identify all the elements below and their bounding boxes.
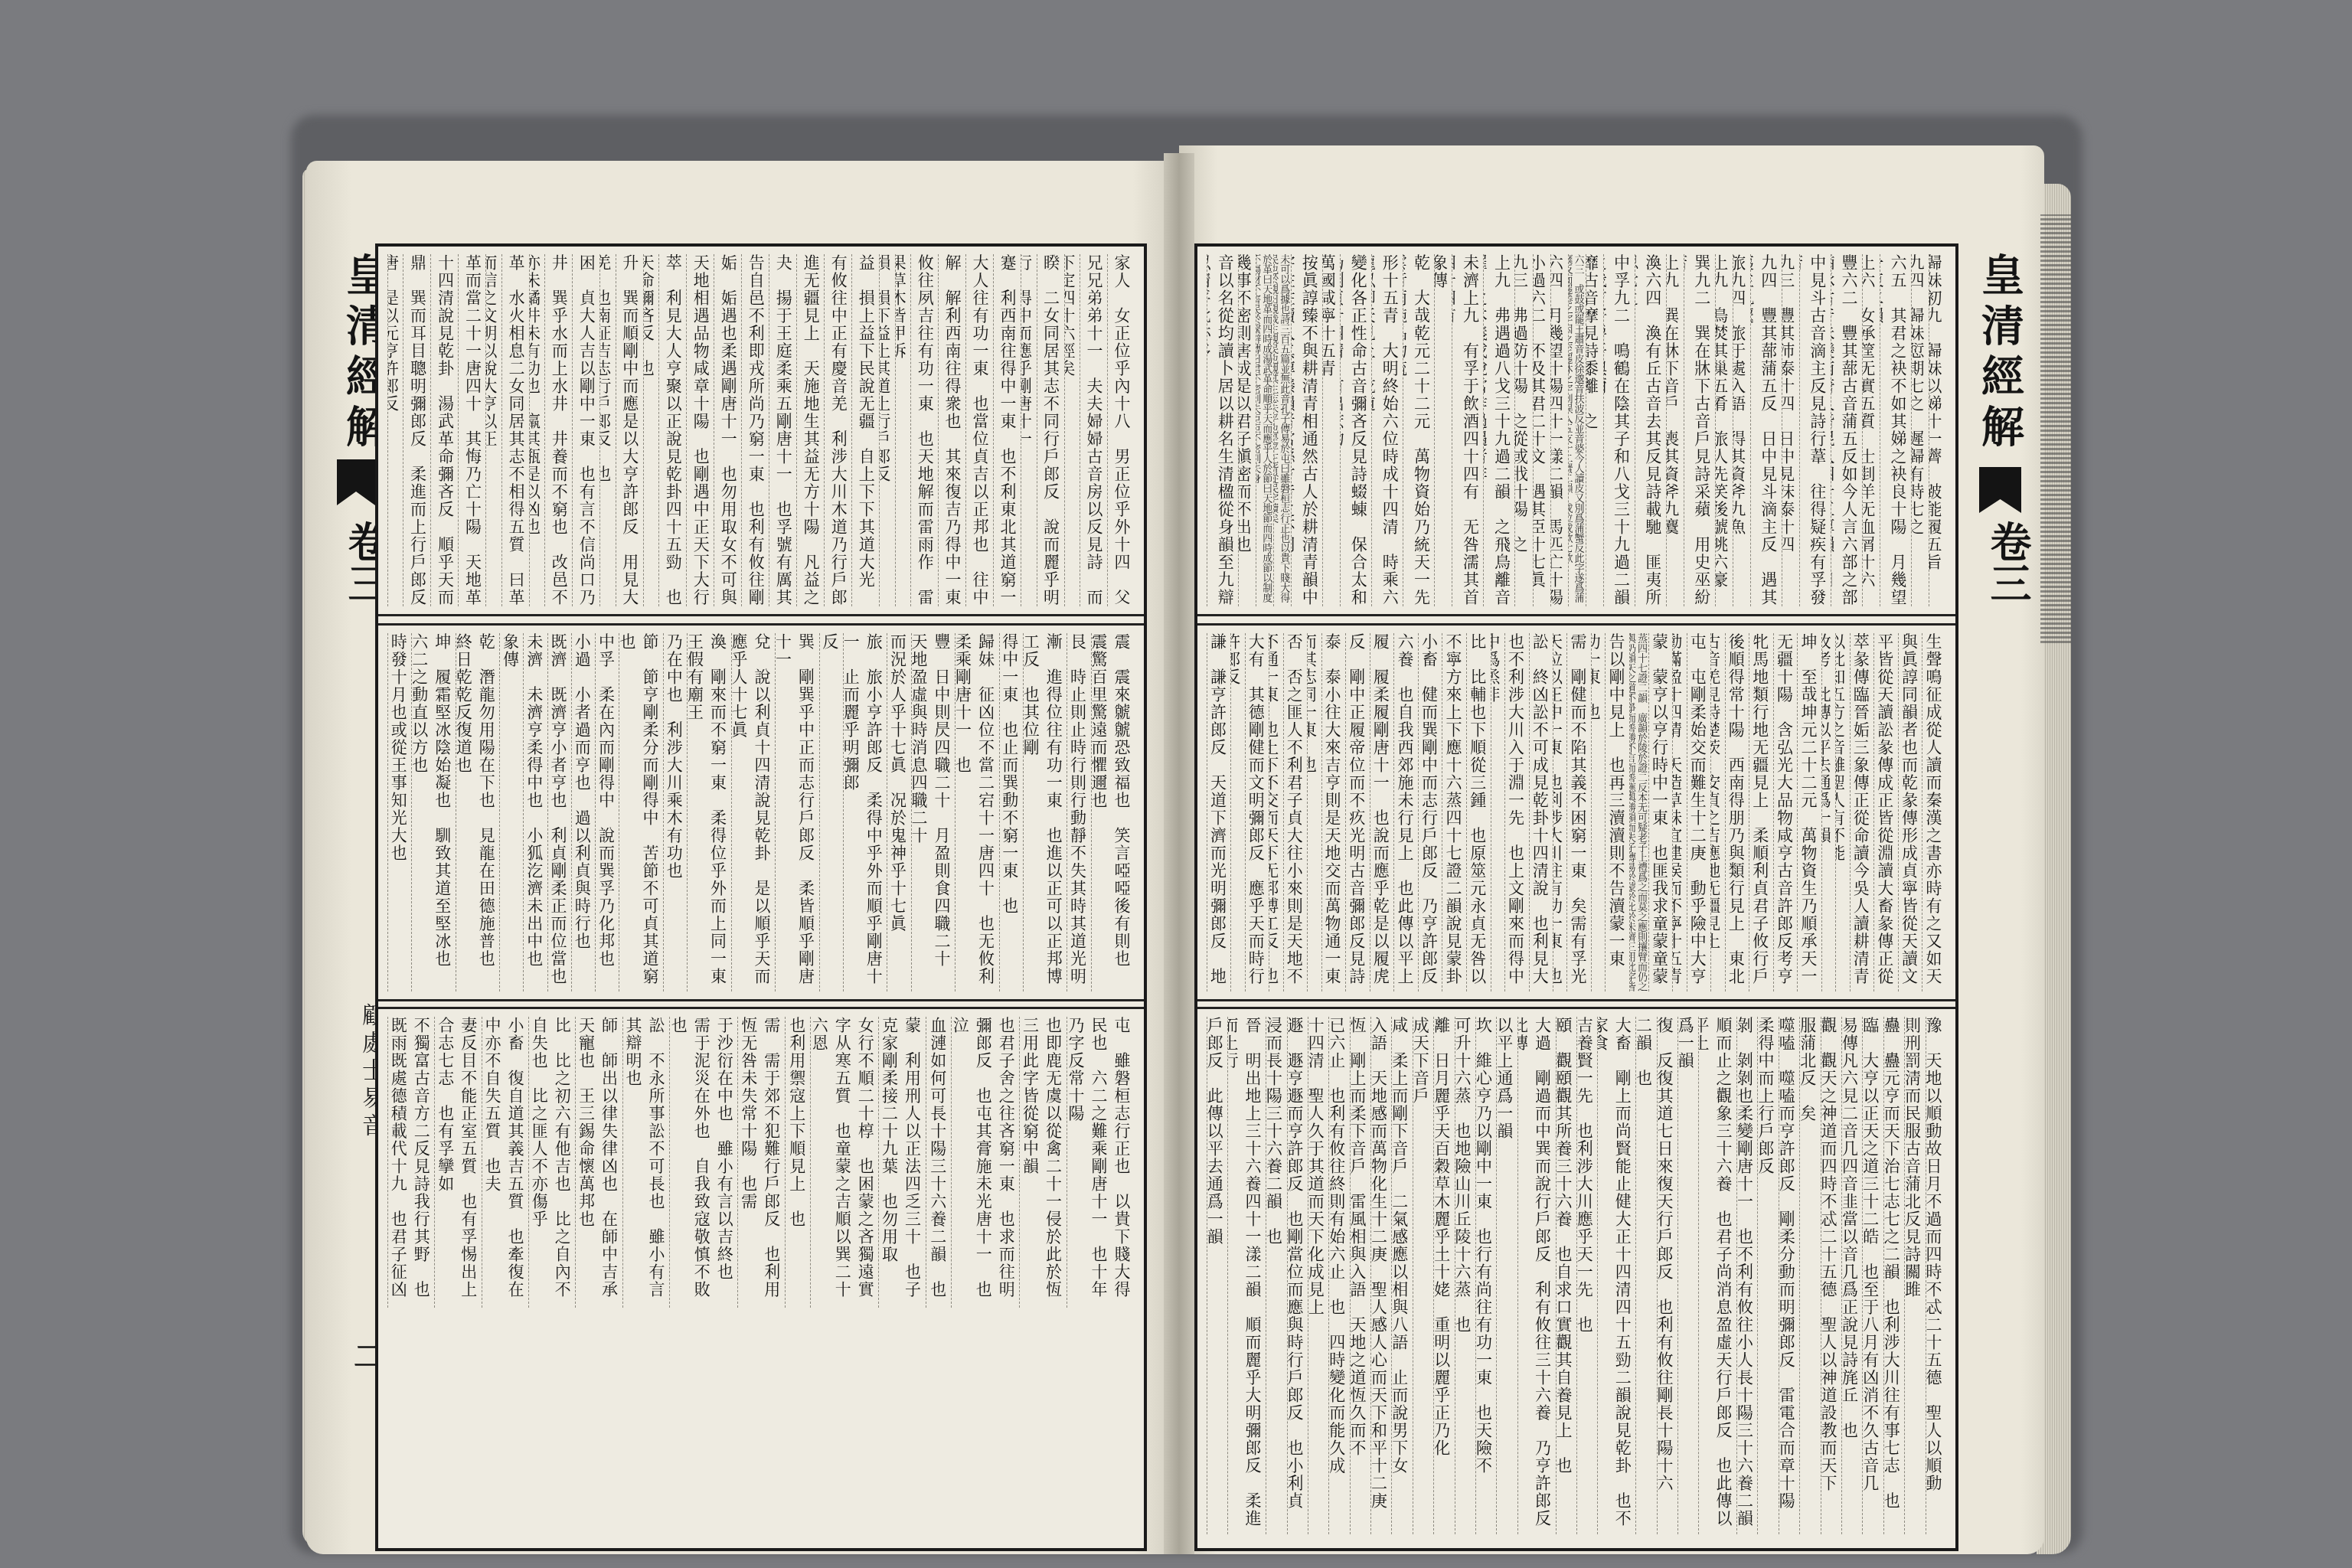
text-column: 比 比輔也下順從三鍾 也原筮元永貞无咎以剛中一東 也 xyxy=(1466,633,1491,991)
text-column: 晉 明出地上三十六養四十一漾二韻 順而麗乎大明彌郎反 柔進而上行 xyxy=(1227,1017,1266,1534)
text-column: 大人往有功一東 也當位貞吉以正邦也 往中正有慶 xyxy=(965,254,993,606)
text-column: 乾 大哉乾元二十二元 萬物資始乃統天一先 雲行雨施品物流 xyxy=(1403,254,1434,606)
text-column: 離 日月麗乎天百穀草木麗乎土十姥 重明以麗乎正乃化 xyxy=(1433,1017,1454,1534)
text-column: 萬國咸寧十五青 xyxy=(1322,254,1340,606)
text-column: 節 節亨剛柔分而剛得中 苦節不可貞其道窮也 xyxy=(619,633,662,991)
right-bottom-band: 豫 天地以順動故日月不過而四時不忒二十五德 聖人以順動則刑罰淸而民服古音蒲北反見… xyxy=(1197,1007,1955,1542)
text-column: 不寧方來上下應十六蒸四十七證二韻說見蒙卦 也後夫凶其道窮一東 也 xyxy=(1442,633,1466,991)
text-column: 渙 剛來而不窮一東 柔得位乎外而上同一東 王假有廟王 xyxy=(687,633,730,991)
text-column: 二韻 也 xyxy=(1635,1017,1656,1534)
left-middle-band: 震 震來虩虩恐致福也 笑言啞啞後有則也 震驚百里驚遠而懼邇也艮 時止則止時行則行… xyxy=(378,623,1144,1001)
text-column: 也利用禦寇上下順見上 也 xyxy=(785,1017,810,1308)
text-column: 進无疆見上 天施地生其益无方十陽 凡益之道與時偕行見上 xyxy=(796,254,824,606)
text-column: 幾事不密則害成是以君子愼密而不出也 xyxy=(1238,254,1256,606)
text-column: 乾 潛龍勿用陽在下也 見龍在田德施普也 終日乾乾反復道也 xyxy=(456,633,499,991)
text-column: 蒸四十七證二韻 廣韻於陵於證二反本无可疑老子上禮爲之而莫之應則攘臂而仍之與仍韻天… xyxy=(1629,633,1648,991)
text-column: 反 xyxy=(819,633,843,991)
text-column: 唐 是以元亨許郎反 xyxy=(387,254,403,606)
text-column: 巽九二 巽在牀下古音戶見詩采蘋 用史巫紛若 xyxy=(1684,254,1715,606)
text-column: 象傳 xyxy=(1434,254,1452,606)
text-column: 乃在中也 利涉大川乘木有功也 xyxy=(663,633,687,991)
text-column: 中見斗古音滴主反見詩行葦 往得疑疾有孚發若 xyxy=(1799,254,1831,606)
text-column: 豐六二 豐其蔀古音蒲五反如今人言六部之部猶承古音未變而唐人皆混入四十五厚韻 日 xyxy=(1831,254,1862,606)
left-text-frame: 家人 女正位乎內十八 男正位乎外十四 父父子子六止兄兄弟弟十一 夫夫婦婦古音房以… xyxy=(375,243,1147,1551)
text-column: 遯 遯亨遯而亨許郎反 也剛當位而應與時行戶郎反 也小利貞 xyxy=(1287,1017,1308,1534)
text-column: 革 水火相息二女同居其志不相得五質 曰革 已日革 xyxy=(501,254,529,606)
text-column: 生聲鳴征成從人讀而秦漢之書亦時有之又如天淵二字古 xyxy=(1922,633,1946,991)
text-column: 六五 其君之袂不如其娣之袂良十陽 月幾望一東二韻 xyxy=(1880,254,1911,606)
text-column: 女行不順二十椁 也困蒙之吝獨遠實字从寒五質 也童蒙之吉順以巽二十六恩 xyxy=(810,1017,878,1308)
right-text-frame: 歸妹初九 歸妹以娣十一薺 跛能履五旨九四 歸妹愆期七之 遲歸有時七之六五 其君之… xyxy=(1194,243,1958,1551)
text-column: 後順得常十陽 西南得朋乃與類行見上 東北喪朋乃終有慶 xyxy=(1725,633,1749,991)
text-column: 巽 剛巽乎中正而志行戶郎反 柔皆順乎剛唐十一 xyxy=(775,633,818,991)
text-column: 履 履柔履剛唐十一 也說而應乎乾是以履虎尾不咥人亨許郎 xyxy=(1370,633,1394,991)
text-column: 六養 也自我西郊施未行見上 也此傳以平上通爲一韻 xyxy=(1393,633,1418,991)
text-column: 十四清說見乾卦 湯武革命彌吝反 順乎天而應乎人十七眞 此傳以 xyxy=(430,254,458,606)
text-column: 豫 天地以順動故日月不過而四時不忒二十五德 聖人以順動 xyxy=(1926,1017,1946,1534)
text-column: 十四清 聖人久于其道而天下化成見上 xyxy=(1308,1017,1328,1534)
text-column: 中爲烝非 xyxy=(1491,633,1504,991)
text-column: 九四 歸妹愆期七之 遲歸有時七之 xyxy=(1911,254,1929,606)
text-column: 兌 說以利貞十四清說見乾卦 是以順乎天而應乎人十七眞 xyxy=(731,633,775,991)
text-column: 順而止之觀象三十六養 也君子尚消息盈虛天行戶郎反 也此傳以平上 xyxy=(1698,1017,1736,1534)
text-column: 形十五青 大明終始六位時成十四清 時乘六龍以御天見上 乾道 xyxy=(1371,254,1403,606)
text-column: 萃彖傳臨晉姤三象傳正從命讀今吳人讀耕清青皆作眞音 xyxy=(1850,633,1874,991)
text-column: 得中一東 也止而巽動不窮一東 也 xyxy=(999,633,1023,991)
text-column: 益 損上益下民說无疆 自上下下其道大光 利 xyxy=(851,254,879,606)
text-column: 小畜 健而巽剛中而志行戶郎反 乃亨許郎反 密雲不雨尚往十三 xyxy=(1418,633,1442,991)
text-column: 於革曰天地革而四時成湯武革命順乎天而應乎人於節曰天地節而四時成節以制度不傷財不害… xyxy=(1256,254,1273,606)
text-column: 入語 天地感而萬物化生十二庚 聖人感人心而天下和平十二庚 xyxy=(1370,1017,1391,1534)
text-column: 成天下音戶 xyxy=(1413,1017,1433,1534)
text-column: 泰 泰小往大來吉亨則是天地交而萬物通一東 也上下交 xyxy=(1321,633,1346,991)
text-column: 不獨富古音方二反見詩我行其野 也既雨既處德積載代十九 也君子征凶 xyxy=(387,1017,434,1308)
text-column: 損 損下益上其道上行戶郎反 xyxy=(879,254,894,606)
text-column: 果草木皆甲坼 xyxy=(895,254,910,606)
text-column: 也不利涉大川入于淵一先 也上文剛來而得中句不入韻吳棫韻補引劉攽云闕中以 xyxy=(1504,633,1529,991)
text-column: 動滿盈十四清 天造草昧宜建侯而不寧十五青 xyxy=(1672,633,1686,991)
text-column: 也君子舍之往吝窮一東 也求而往明彌郎反 也屯其膏施未光唐十一 也泣 xyxy=(951,1017,1019,1308)
text-column: 訟 不永所事訟不可長也 雖小有言其辯明也 xyxy=(622,1017,669,1308)
book-title-right: 皇清經解 xyxy=(1969,253,2030,455)
text-column: 而信之文明以說大亨以正 xyxy=(485,254,501,606)
text-column: 易傳凡六見二音几四音韭當以音几爲正說見詩旄丘 也 xyxy=(1841,1017,1862,1534)
text-column: 比 比之初六有他吉也 比之自內不自失也 比之匪人不亦傷乎 xyxy=(528,1017,575,1308)
text-column: 剝 剝剝也柔變剛唐十一 也不利有攸往小人長十陽三十六養二韻 xyxy=(1736,1017,1757,1534)
text-column: 謙 謙亨許郎反 天道下濟而光明彌郎反 地道卑而上行戶郎反 xyxy=(1207,633,1231,991)
text-column: 改考 此傳以平去通爲一韻 xyxy=(1821,633,1835,991)
text-column: 而況於人乎十七眞 况於鬼神乎十七眞 xyxy=(887,633,910,991)
text-column: 蒙 利用刑人以正法四乏三十 也子克家剛柔接二十九葉 也勿用取 xyxy=(878,1017,925,1308)
text-column: 平皆從天讀訟彖傳成正皆從淵讀大畜彖傳正從賢天讀又 xyxy=(1873,633,1898,991)
text-column: 坤 至哉坤元二十二元 萬物資生乃順承天一先 坤厚載物德合 xyxy=(1797,633,1821,991)
text-column: 而其志同一東 也 xyxy=(1307,633,1321,991)
text-column: 許郎反 xyxy=(1230,633,1244,991)
text-column: 下定四十六徑矣 xyxy=(1064,254,1080,606)
text-column: 頤 觀頤觀其所養三十六養 也自求口實觀其自養見上 也 xyxy=(1556,1017,1576,1534)
text-column: 未濟 未濟亨柔得中也 小狐汔濟未出中也 xyxy=(523,633,547,991)
text-column: 豐 日中則昃四職二十 月盈則食四職二十 天地盈虛與時消息四職二十 xyxy=(911,633,955,991)
text-column: 屯 屯剛柔始交而難生十二庚 動乎險中大亨貞十四清 雷雨之 xyxy=(1687,633,1711,991)
text-column: 咸 柔上而剛下音戶 二氣感應以相與八語 止而說男下女 xyxy=(1391,1017,1412,1534)
text-column: 變化各正性命古音彌吝反見詩蝃蝀 保合太和乃利貞十四清 首出庶物 xyxy=(1340,254,1371,606)
text-column: 九四 豐其蔀蒲五反 日中見斗滴主反 遇其夷主九麌 xyxy=(1750,254,1782,606)
text-column: 震 震來虩虩恐致福也 笑言啞啞後有則也 震驚百里驚遠而懼邇也 xyxy=(1091,633,1135,991)
text-column: 小畜 復自道其義吉五質 也牽復在中亦不自失五質 也夫 xyxy=(482,1017,528,1308)
text-column: 浸而長十陽三十六養二韻 也 xyxy=(1266,1017,1286,1534)
text-column: 時發十月也或從王事知光大也 xyxy=(387,633,411,991)
text-column: 家人 女正位乎內十八 男正位乎外十四 父父子子六止 xyxy=(1107,254,1135,606)
text-column: 攸往夙吉往有功一東 也天地解而雷雨作 雷雨作而百 xyxy=(910,254,938,606)
text-column: 大過 剛過而中巽而說行戶郎反 利有攸往三十六養 乃亨許郎反 此傳 xyxy=(1517,1017,1556,1534)
left-bottom-band: 屯 雖磐桓志行正也 以貴下賤大得民也 六二之難乘剛唐十一 也十年乃字反常十陽也即… xyxy=(378,1007,1144,1315)
text-column: 告以剛中見上 也再三瀆瀆則不告瀆蒙一東 也蒙以養正聖 xyxy=(1605,633,1629,991)
text-column: 姤 姤遇也柔遇剛唐十一 也勿用取女不可與長六養十陽三十二韻 也 xyxy=(714,254,741,606)
text-column: 否 否之匪人不利君子貞大往小來則是天地不交而萬物 xyxy=(1283,633,1308,991)
text-column: 大畜 剛上而尚賢能止健大正十四清四十五勁二韻說見乾卦 也不家食 xyxy=(1597,1017,1635,1534)
text-column: 已六止 也利有攸往終則有始六止 也 四時變化而能久成 xyxy=(1328,1017,1349,1534)
bleed-through-ink xyxy=(2040,214,2071,643)
text-column: 小過 小者過而亨也 過以利貞與時行也 xyxy=(571,633,595,991)
right-top-band: 歸妹初九 歸妹以娣十一薺 跛能履五旨九四 歸妹愆期七之 遲歸有時七之六五 其君之… xyxy=(1197,247,1955,616)
text-column: 坤 履霜堅冰陰始凝也 馴致其道至堅冰也 六二之動直以方也 xyxy=(411,633,455,991)
text-column: 象傳 xyxy=(499,633,523,991)
text-column: 臨 大亨以正天之道三十二皓 也至于八月有凶消不久古音几 xyxy=(1862,1017,1883,1534)
text-column: 于沙衍在中也 雖小有言以吉終也 需于泥災在外也 自我致寇敬慎不敗也 xyxy=(669,1017,737,1308)
text-column: 反 剛中正履帝位而不疚光明古音彌郎反見詩雞鳴 也 xyxy=(1345,633,1370,991)
text-column: 天地相遇品物咸章十陽 也剛遇中正天下大行戶郎反 也 xyxy=(686,254,714,606)
text-column: 牝馬地類行地无疆見上 柔順利貞君子攸行戶郎反 先迷失道 xyxy=(1749,633,1773,991)
text-column: 戶郎反 此傳以平去通爲一韻 xyxy=(1207,1017,1227,1534)
text-column: 蹇 利西南往得中一東 也不利東北其道窮一東 也利見 xyxy=(993,254,1021,606)
text-column: 中孚 柔在內而剛得中 說而巽孚乃化邦也 xyxy=(595,633,619,991)
text-column: 則刑罰淸而民服古音蒲北反見詩關雎 xyxy=(1904,1017,1925,1534)
text-column: 旅 旅小亨許郎反 柔得中乎外而順乎剛唐十一 止而麗乎明彌郎 xyxy=(843,633,887,991)
text-column: 告自邑不利即戎所尚乃窮一東 也利有攸往剛長乃終一東 也 xyxy=(741,254,769,606)
text-column: 上九 弗遇過八戈三十九過二韻 之飛鳥離音羅 之本義或說當作過遇者非 xyxy=(1483,254,1514,606)
text-column: 歸妹初九 歸妹以娣十一薺 跛能履五旨 xyxy=(1929,254,1946,606)
text-column: 服蒲北反 矣 xyxy=(1799,1017,1820,1534)
text-column: 六四 月幾望十陽四十一漾二韻 馬匹亡十陽 xyxy=(1550,254,1568,606)
text-column: 上九 鳥焚其巢五肴 旅人先笑後號咷六豪 xyxy=(1715,254,1733,606)
text-column: 中孚九二 鳴鶴在陰其子和八戈三十九過二韻 之我有好爵吾與爾 xyxy=(1603,254,1635,606)
text-column: 復 反復其道七日來復天行戶郎反 也利有攸往剛長十陽十六 xyxy=(1657,1017,1677,1534)
text-column: 六三 或鼓或罷王肅音皮徐邈音扶波反並音婆今人讀皮又別爲蒲蟹反此字遂爲蒲糜反而罷倦… xyxy=(1568,254,1586,606)
text-column: 按眞諄臻不與耕清青相通然古人於耕清青韻中字往往讀入眞諄臻韻者當繇方音之不同 xyxy=(1291,254,1322,606)
volume-label-right: 卷三 xyxy=(1979,521,2038,603)
text-column: 困 貞大人吉以剛中一東 也有言不信尚口乃窮一東 也 xyxy=(572,254,599,606)
text-column: 天命彌吝反 也 xyxy=(643,254,658,606)
text-column: 蠱 蠱元亨而天下治七志七之二韻 也利涉大川往有事七志 也 xyxy=(1883,1017,1904,1534)
text-column: 與眞諄同韻者也而乾彖傳形成貞寧皆從天讀文言正精情 xyxy=(1898,633,1922,991)
text-column: 亦未繘井未有功也 羸其瓶是以凶也 xyxy=(529,254,544,606)
text-column: 天位以正中一東 也利涉大川往有功一東 也 xyxy=(1553,633,1566,991)
text-column: 九三 豐其沛泰十四 日中見沫泰十四 xyxy=(1782,254,1799,606)
text-column: 艮 時止則止時行則行動靜不失其時其道光明 xyxy=(1067,633,1090,991)
text-column: 觀 觀天之神道而四時不忒二十五德 聖人以神道設教而天下 xyxy=(1821,1017,1841,1534)
text-column: 功一東 也 xyxy=(1591,633,1605,991)
text-column: 爲一韻 xyxy=(1677,1017,1698,1534)
text-column: 未可以爲據也詩三百五篇並無此音孔子傳易於屯曰雖磐桓志行正也以貴下賤大得民也於觀曰… xyxy=(1273,254,1291,606)
text-column: 上九 巽在牀下音戶 喪其資斧九麌 xyxy=(1666,254,1684,606)
book-gutter xyxy=(1164,153,1194,1554)
text-column: 妻反目不能正室五質 也有孚惕出上合志七志 也有孚攣如 xyxy=(434,1017,481,1308)
text-column: 噬嗑 噬嗑而亨許郎反 剛柔分動而明彌郎反 雷電合而章十陽 xyxy=(1779,1017,1799,1534)
text-column: 吉養賢一先 也利涉大川應乎天一先 也 xyxy=(1576,1017,1597,1534)
text-column: 九三 弗過防十陽 之從或戕十陽 之 xyxy=(1514,254,1532,606)
text-column: 屯 雖磐桓志行正也 以貴下賤大得民也 六二之難乘剛唐十一 也十年乃字反常十陽 xyxy=(1067,1017,1135,1308)
text-column: 不通一東 也上下不交而天下无邦博工反 也 xyxy=(1269,633,1282,991)
text-column: 古音羌見詩楚茨 安貞之吉應地无疆見上 xyxy=(1710,633,1724,991)
text-column: 萃 利見大人亨聚以正說見乾卦四十五勁 也用大牲吉利有攸往順 xyxy=(658,254,686,606)
text-column: 歸妹 征凶位不當二宕十一唐四十 也无攸利柔乘剛唐十一 也 xyxy=(955,633,998,991)
text-column: 需 需于郊不犯難行戶郎反 也利用恆无咎未失常十陽 也需 xyxy=(737,1017,784,1308)
text-column: 井 巽乎水而上水井 井養而不窮也 改邑不改井乃以剛中 也汔至 xyxy=(544,254,572,606)
text-column: 小過六二 不及其君二十文 遇其臣十七眞 xyxy=(1533,254,1550,606)
text-column: 恆 剛上而柔下音戶 雷風相與入語 天地之道恆久而不 xyxy=(1350,1017,1370,1534)
text-column: 鼎 巽而耳目聰明彌郎反 柔進而上行戶郎反 得中而應乎剛一十 xyxy=(403,254,430,606)
text-column: 坎 維心亨乃以剛中一東 也行有尚往有功一東 也天險不 xyxy=(1475,1017,1496,1534)
text-column: 行 得中而應乎剛唐十一 xyxy=(1021,254,1036,606)
text-column: 音以名從均讀卜居以耕名生清楹從身韻至九辯以清平此亦多 xyxy=(1207,254,1238,606)
text-column: 訟 終凶訟不可成見乾卦十四清說 也利見大人尚中正十四清四十五勁二韻 xyxy=(1529,633,1553,991)
text-column: 有攸往中正有慶音羌 利涉大川木道乃行戶郎反 益動而巽日 xyxy=(824,254,851,606)
text-column: 渙六四 渙有丘古音去其反見詩載馳 匪夷所思七之 xyxy=(1635,254,1666,606)
text-column: 漸 進得位往有功一東 也進以正可以正邦博工反 也其位剛 xyxy=(1023,633,1067,991)
text-column: 旅九四 旅于處入語 得其資斧九魚 xyxy=(1733,254,1750,606)
left-top-band: 家人 女正位乎內十八 男正位乎外十四 父父子子六止兄兄弟弟十一 夫夫婦婦古音房以… xyxy=(378,247,1144,616)
text-column: 血漣如何可長十陽三十六養二韻 也 xyxy=(926,1017,951,1308)
text-column: 以平上通爲一韻 xyxy=(1496,1017,1517,1534)
text-column: 睽 二女同居其志不同行戶郎反 說而麗乎明彌郎反 柔進而上 xyxy=(1037,254,1064,606)
text-column: 既濟 既濟亨小者亨也 利貞剛柔正而位當也 xyxy=(547,633,571,991)
text-column: 解 解利西南往得衆也 其來復吉乃得中一東 也有 xyxy=(938,254,965,606)
right-middle-band: 生聲鳴征成從人讀而秦漢之書亦時有之又如天淵二字古與眞諄同韻者也而乾彖傳形成貞寧皆… xyxy=(1197,623,1955,1001)
text-column: 也即鹿无虞以從禽二十一侵於此於恆三用此字皆從窮中韻 xyxy=(1019,1017,1066,1308)
text-column: 夬 揚于王庭柔乘五剛唐十一 也孚號有厲其危乃光唐十一 也 xyxy=(769,254,796,606)
text-column: 可升十六蒸 也地險山川丘陵十六蒸 也 xyxy=(1455,1017,1475,1534)
text-column: 升 巽而順剛中而應是以大亨許郎反 用見大人勿恤有慶音 xyxy=(616,254,643,606)
text-column: 上六 女承筐无實五質 士刲羊无血屑十六 xyxy=(1862,254,1880,606)
text-column: 需 剛健而不陷其義不困窮一東 矣需有孚光亨貞吉位乎 xyxy=(1566,633,1591,991)
text-column: 无疆十陽 含弘光大品物咸亨古音許郎反考亨字易凡十二見並同後人混入十二庚韻 xyxy=(1773,633,1798,991)
text-column: 靡古音摩見詩黍離 之 xyxy=(1586,254,1603,606)
text-column: 羌 也南征吉志行戶郎反 也 xyxy=(599,254,615,606)
text-column: 革而當二十一唐四十 其悔乃亡十陽 天地革而四時成 xyxy=(458,254,485,606)
text-column: 以此知五方之音雖聖人有不能 xyxy=(1835,633,1849,991)
text-column: 師 師出以律失律凶也 在師中吉承天寵也 王三錫命懷萬邦也 xyxy=(575,1017,622,1308)
text-column: 未濟上九 有孚于飲酒四十四有 无咎濡其首四十四有 xyxy=(1452,254,1483,606)
text-column: 兄兄弟弟十一 夫夫婦婦古音房以反見詩 而家道正四十五勁 正家而天 xyxy=(1080,254,1107,606)
text-column: 柔得中而上行戶郎反 xyxy=(1757,1017,1778,1534)
text-column: 蒙 蒙亨以亨行時中一東 也匪我求童蒙童蒙求我志應六十 xyxy=(1648,633,1673,991)
text-column: 大有 其德剛健而文明彌郎反 應乎天而時行戶郎反 是以元亨 xyxy=(1245,633,1269,991)
